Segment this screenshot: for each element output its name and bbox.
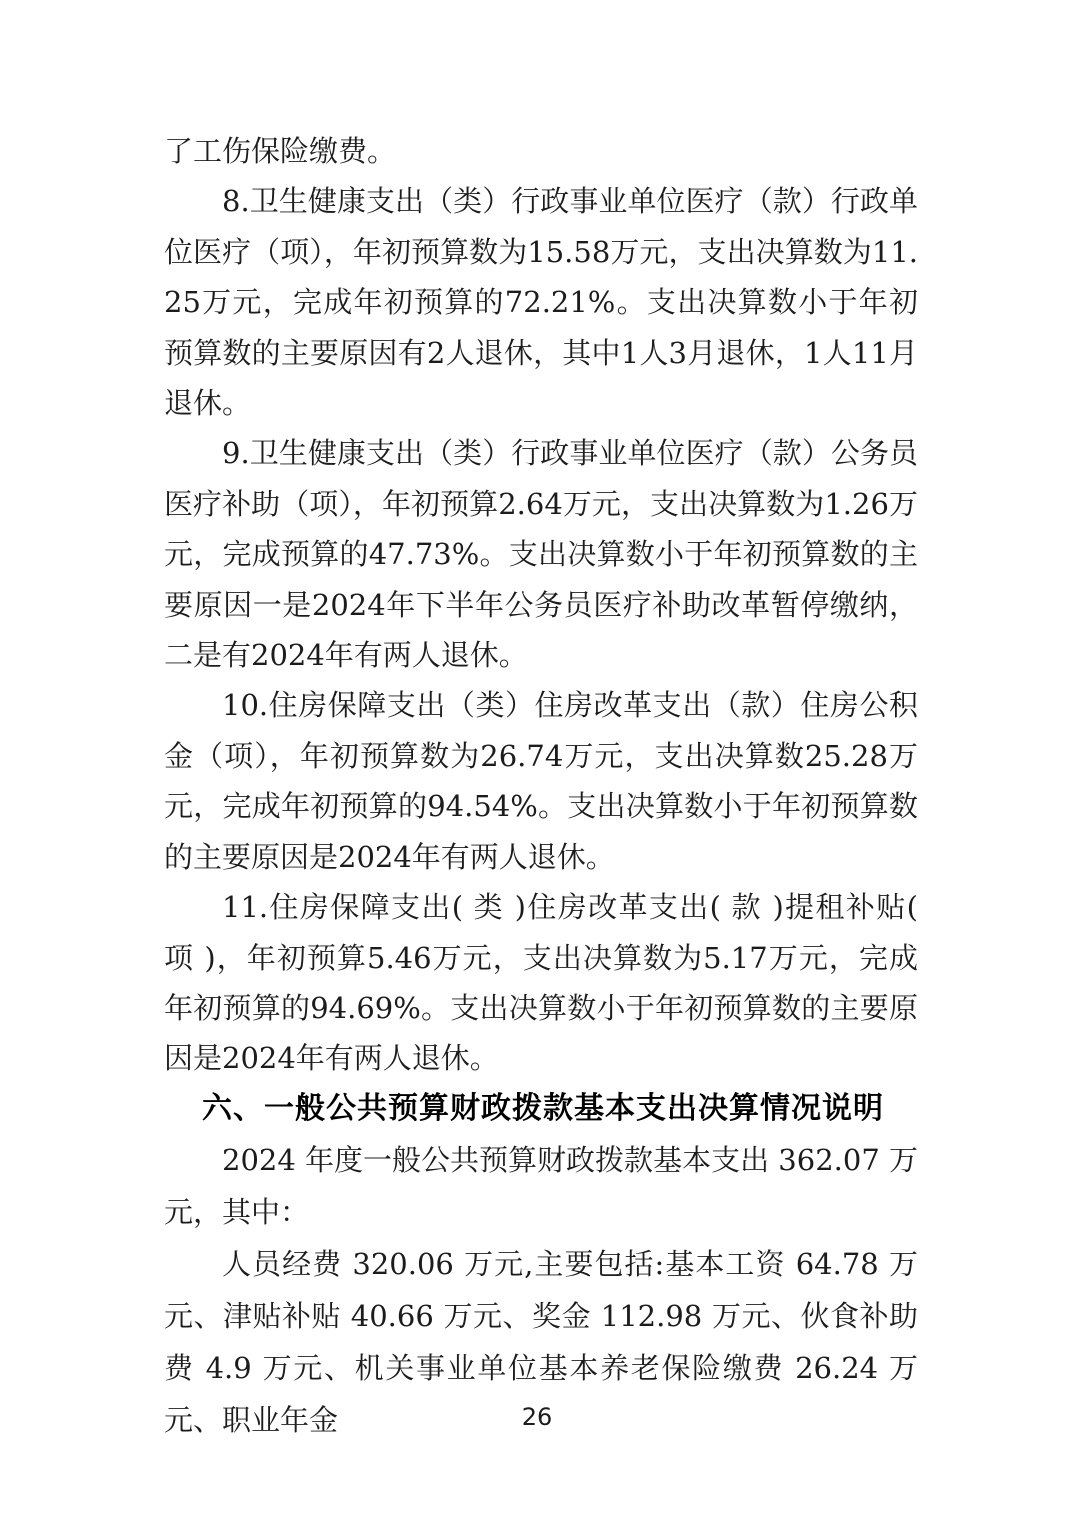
- paragraph-carryover: 了工伤保险缴费。: [164, 126, 918, 176]
- document-page: 了工伤保险缴费。 8.卫生健康支出（类）行政事业单位医疗（款）行政单位医疗（项）…: [0, 0, 1074, 1520]
- paragraph-item-11: 11.住房保障支出( 类 )住房改革支出( 款 )提租补贴( 项 )，年初预算5…: [164, 882, 918, 1084]
- paragraph-item-9: 9.卫生健康支出（类）行政事业单位医疗（款）公务员医疗补助（项），年初预算2.6…: [164, 428, 918, 680]
- paragraph-item-8: 8.卫生健康支出（类）行政事业单位医疗（款）行政单位医疗（项），年初预算数为15…: [164, 176, 918, 428]
- paragraph-basic-expenditure-total: 2024 年度一般公共预算财政拨款基本支出 362.07 万元，其中：: [164, 1134, 918, 1238]
- page-number: 26: [0, 1403, 1074, 1431]
- document-body: 了工伤保险缴费。 8.卫生健康支出（类）行政事业单位医疗（款）行政单位医疗（项）…: [164, 126, 918, 1446]
- section-heading-6: 六、一般公共预算财政拨款基本支出决算情况说明: [164, 1084, 918, 1134]
- paragraph-item-10: 10.住房保障支出（类）住房改革支出（款）住房公积金（项），年初预算数为26.7…: [164, 680, 918, 882]
